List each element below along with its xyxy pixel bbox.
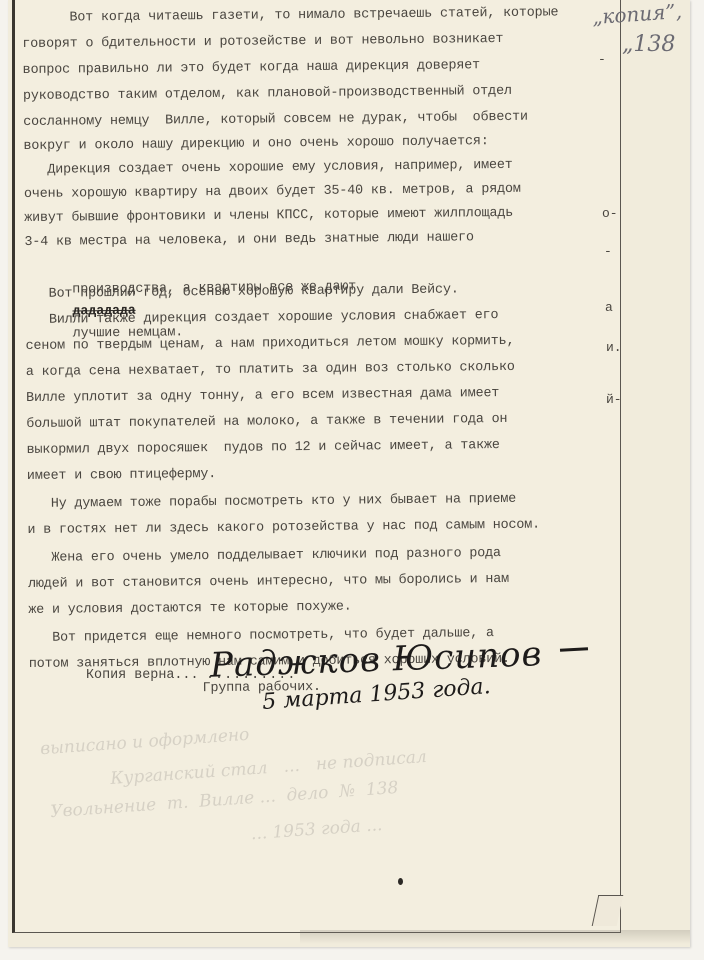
- margin-fragment: -: [604, 244, 612, 259]
- margin-fragment: -: [598, 52, 606, 67]
- copy-certified-label: Копия верна...: [86, 668, 199, 683]
- page-shadow: [300, 930, 690, 944]
- text-line: производства, а квартиры все же дают дад…: [25, 255, 356, 280]
- text-line: имеет и свою птицеферму.: [27, 464, 216, 488]
- text-line: же и условия достаются те которые похуже…: [28, 597, 352, 622]
- archive-page-number: „138: [622, 32, 675, 57]
- text-line: 3-4 кв местра на человека, и они ведь зн…: [24, 227, 474, 254]
- margin-fragment: и.: [606, 340, 622, 355]
- ink-speck: [398, 878, 403, 885]
- document-scan: „копия”, „138 выписано и оформлено Курга…: [0, 0, 704, 960]
- margin-fragment: о-: [602, 206, 618, 221]
- margin-fragment: й-: [606, 392, 622, 407]
- text-line: Вот прошлий год, осенью хорошую квартиру…: [25, 279, 459, 306]
- margin-fragment: а: [605, 300, 613, 315]
